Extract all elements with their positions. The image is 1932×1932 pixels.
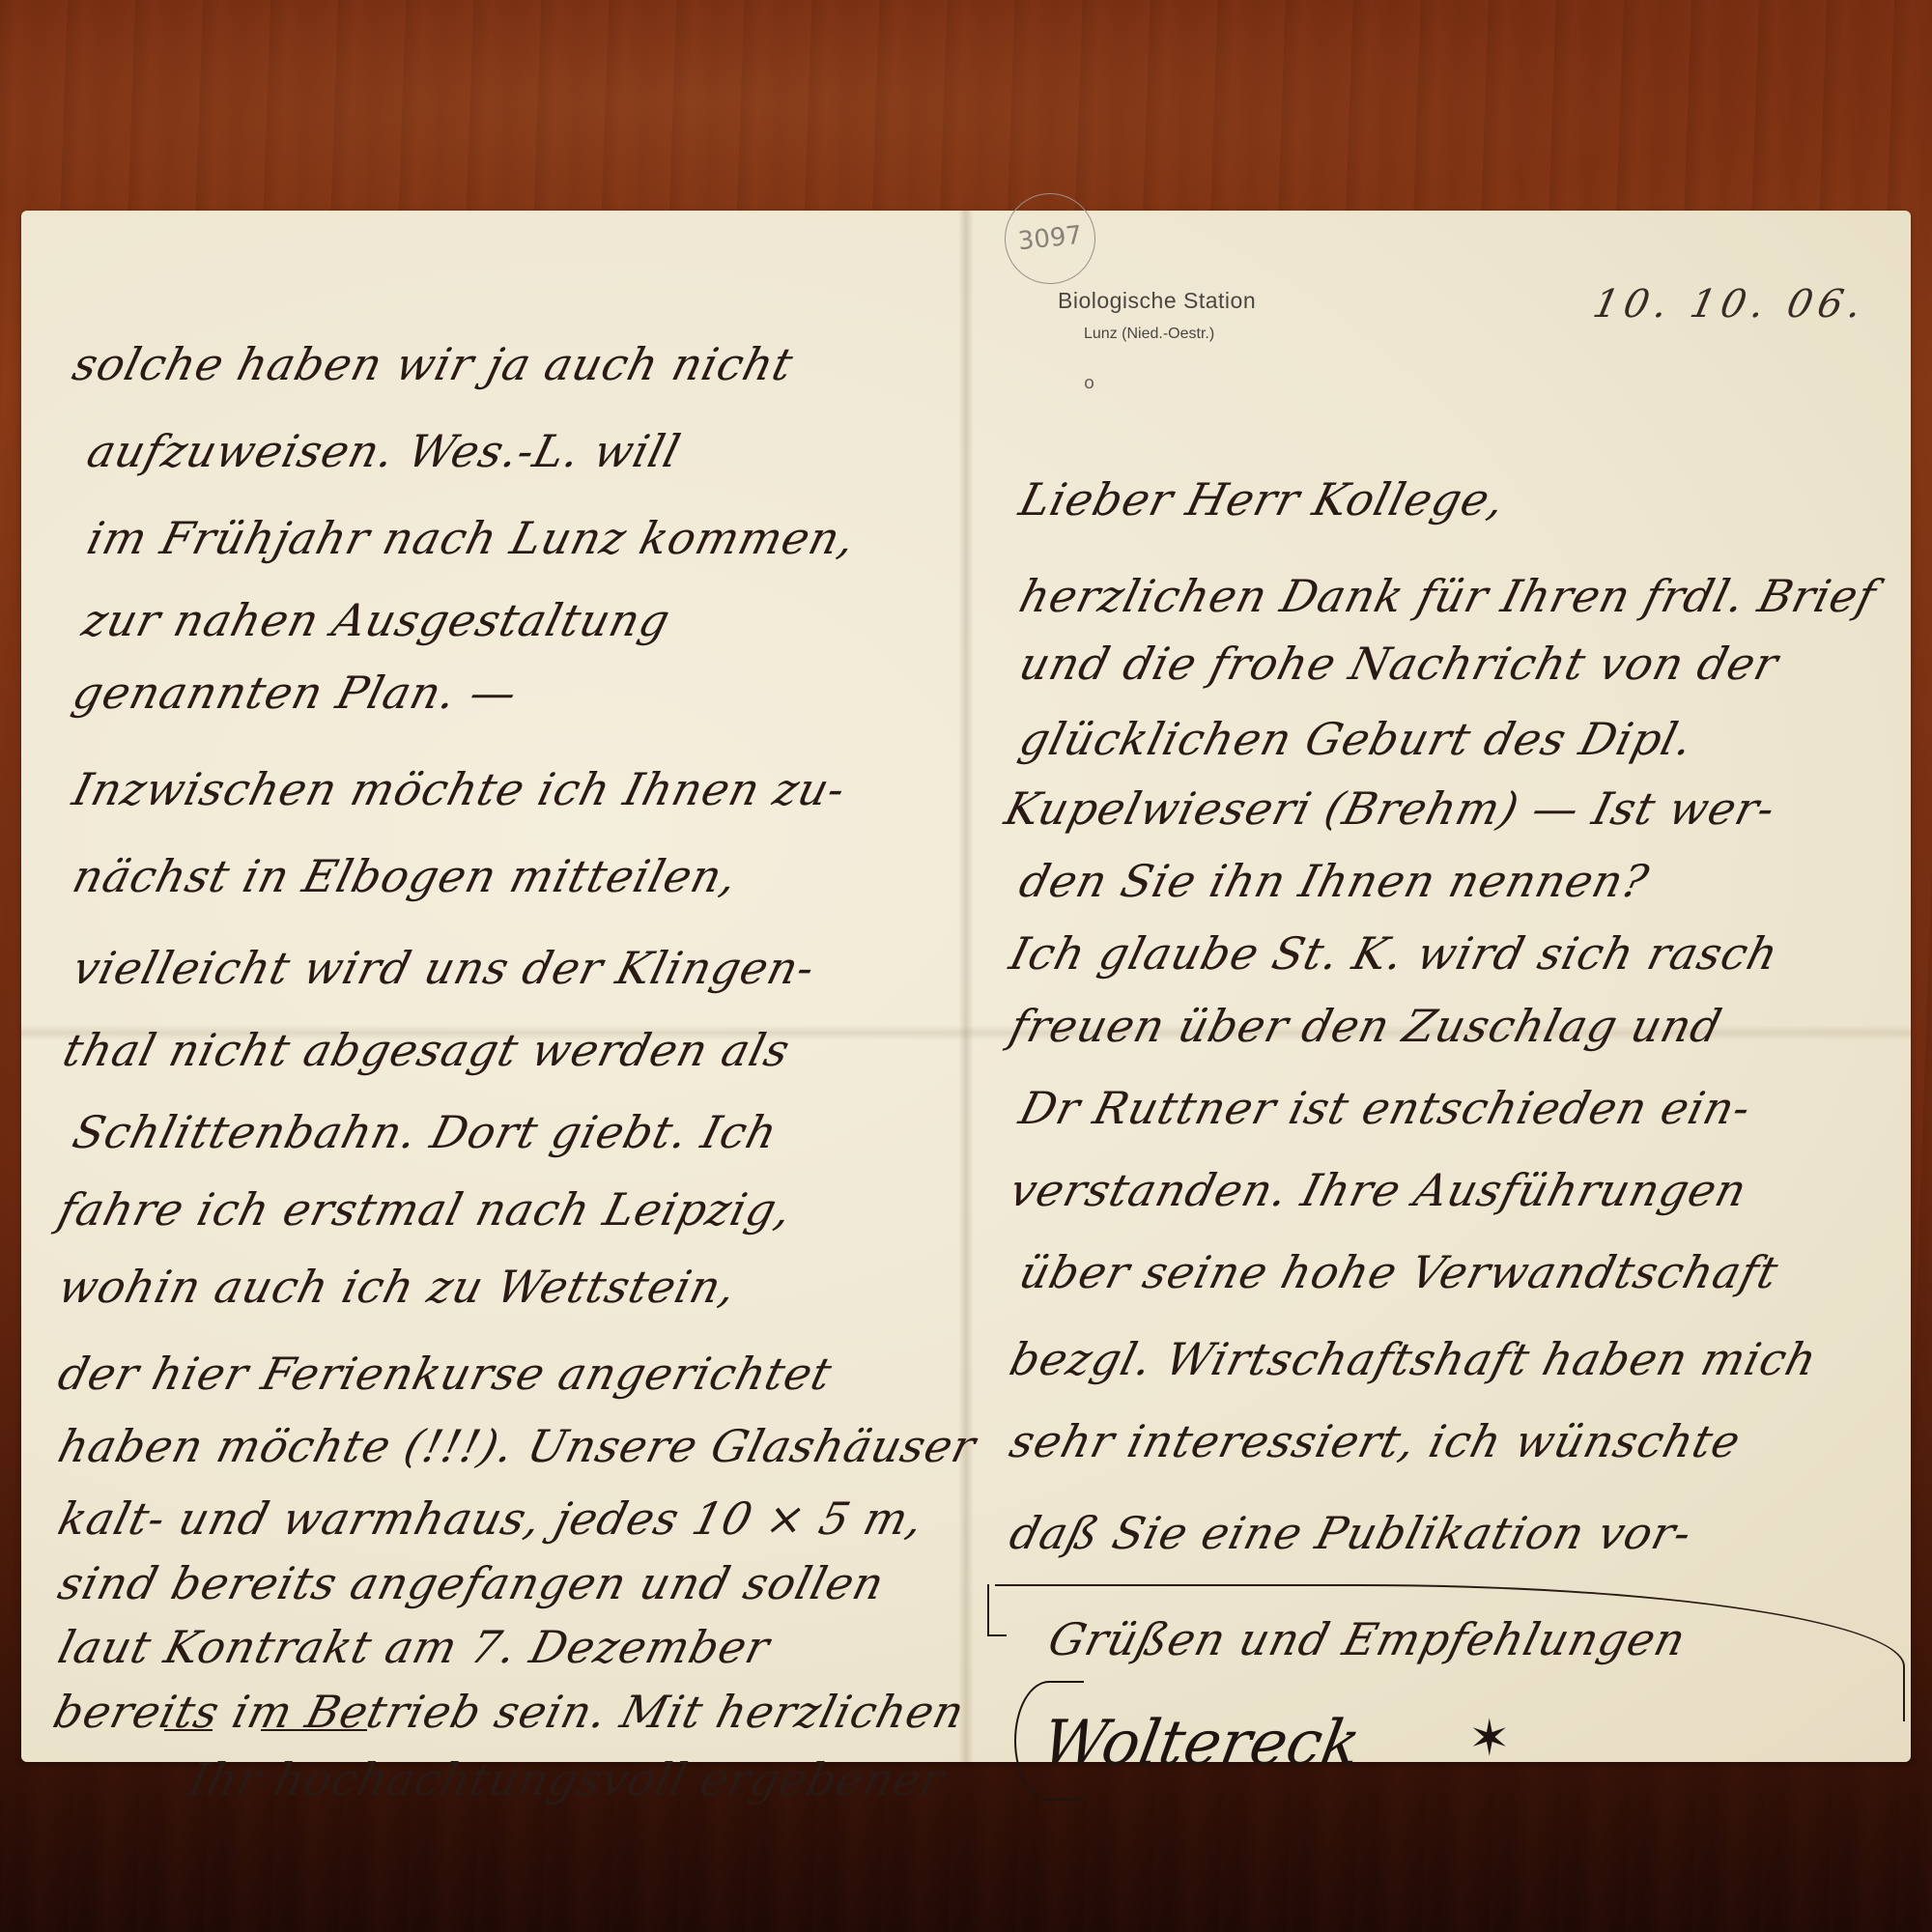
handwritten-line: im Frühjahr nach Lunz kommen, xyxy=(82,512,861,564)
handwritten-line: fahre ich erstmal nach Leipzig, xyxy=(53,1183,798,1236)
handwritten-line: Dr Ruttner ist entschieden ein- xyxy=(1014,1082,1756,1134)
signature: Woltereck xyxy=(1037,1708,1365,1779)
handwritten-line: freuen über den Zuschlag und xyxy=(1005,1000,1727,1052)
signature-star-mark: ✶ xyxy=(1468,1710,1511,1768)
handwritten-line: sehr interessiert, ich wünschte xyxy=(1005,1415,1747,1467)
handwritten-line: Inzwischen möchte ich Ihnen zu- xyxy=(68,763,851,815)
salutation: Lieber Herr Kollege, xyxy=(1014,473,1511,526)
letterhead-mark: o xyxy=(1084,373,1094,393)
handwritten-line: genannten Plan. — xyxy=(68,667,523,719)
letter-date: 10. 10. 06. xyxy=(1589,282,1871,327)
handwritten-line: zur nahen Ausgestaltung xyxy=(77,594,676,646)
handwritten-line: vielleicht wird uns der Klingen- xyxy=(68,942,820,994)
handwritten-line: über seine hohe Verwandtschaft xyxy=(1014,1246,1784,1298)
handwritten-line: nächst in Elbogen mitteilen, xyxy=(68,850,743,902)
handwritten-line: der hier Ferienkurse angerichtet xyxy=(53,1348,838,1400)
letterhead-subtitle: Lunz (Nied.-Oestr.) xyxy=(1084,326,1214,343)
handwritten-line: solche haben wir ja auch nicht xyxy=(68,338,799,390)
handwritten-line: aufzuweisen. Wes.-L. will xyxy=(82,425,686,477)
handwritten-line: wohin auch ich zu Wettstein, xyxy=(53,1261,742,1313)
handwritten-line: Kupelwieseri (Brehm) — Ist wer- xyxy=(1000,782,1781,835)
handwritten-line: den Sie ihn Ihnen nennen? xyxy=(1014,855,1655,907)
underline-mark xyxy=(261,1729,367,1731)
handwritten-line: bezgl. Wirtschaftshaft haben mich xyxy=(1005,1333,1823,1385)
handwritten-line: kalt- und warmhaus, jedes 10 × 5 m, xyxy=(53,1492,929,1545)
closing-phrase: Grüßen und Empfehlungen xyxy=(1043,1613,1691,1665)
handwritten-line: herzlichen Dank für Ihren frdl. Brief xyxy=(1014,570,1882,622)
handwritten-line: glücklichen Geburt des Dipl. xyxy=(1014,713,1699,765)
handwritten-line: verstanden. Ihre Ausführungen xyxy=(1005,1164,1752,1216)
handwritten-line: sind bereits angefangen und sollen xyxy=(53,1557,890,1609)
underline-mark xyxy=(164,1729,213,1731)
handwritten-line: Schlittenbahn. Dort giebt. Ich xyxy=(68,1106,783,1158)
handwritten-line: thal nicht abgesagt werden als xyxy=(58,1024,796,1076)
handwritten-line: Ich glaube St. K. wird sich rasch xyxy=(1005,927,1784,980)
letterhead-title: Biologische Station xyxy=(1058,288,1256,314)
handwritten-line: laut Kontrakt am 7. Dezember xyxy=(53,1621,776,1673)
handwritten-line: daß Sie eine Publikation vor- xyxy=(1005,1507,1697,1559)
handwritten-line: Ihr hochachtungsvoll ergebener xyxy=(184,1753,950,1805)
handwritten-line: haben möchte (!!!). Unsere Glashäuser xyxy=(53,1420,981,1472)
handwritten-line: und die frohe Nachricht von der xyxy=(1014,638,1784,690)
